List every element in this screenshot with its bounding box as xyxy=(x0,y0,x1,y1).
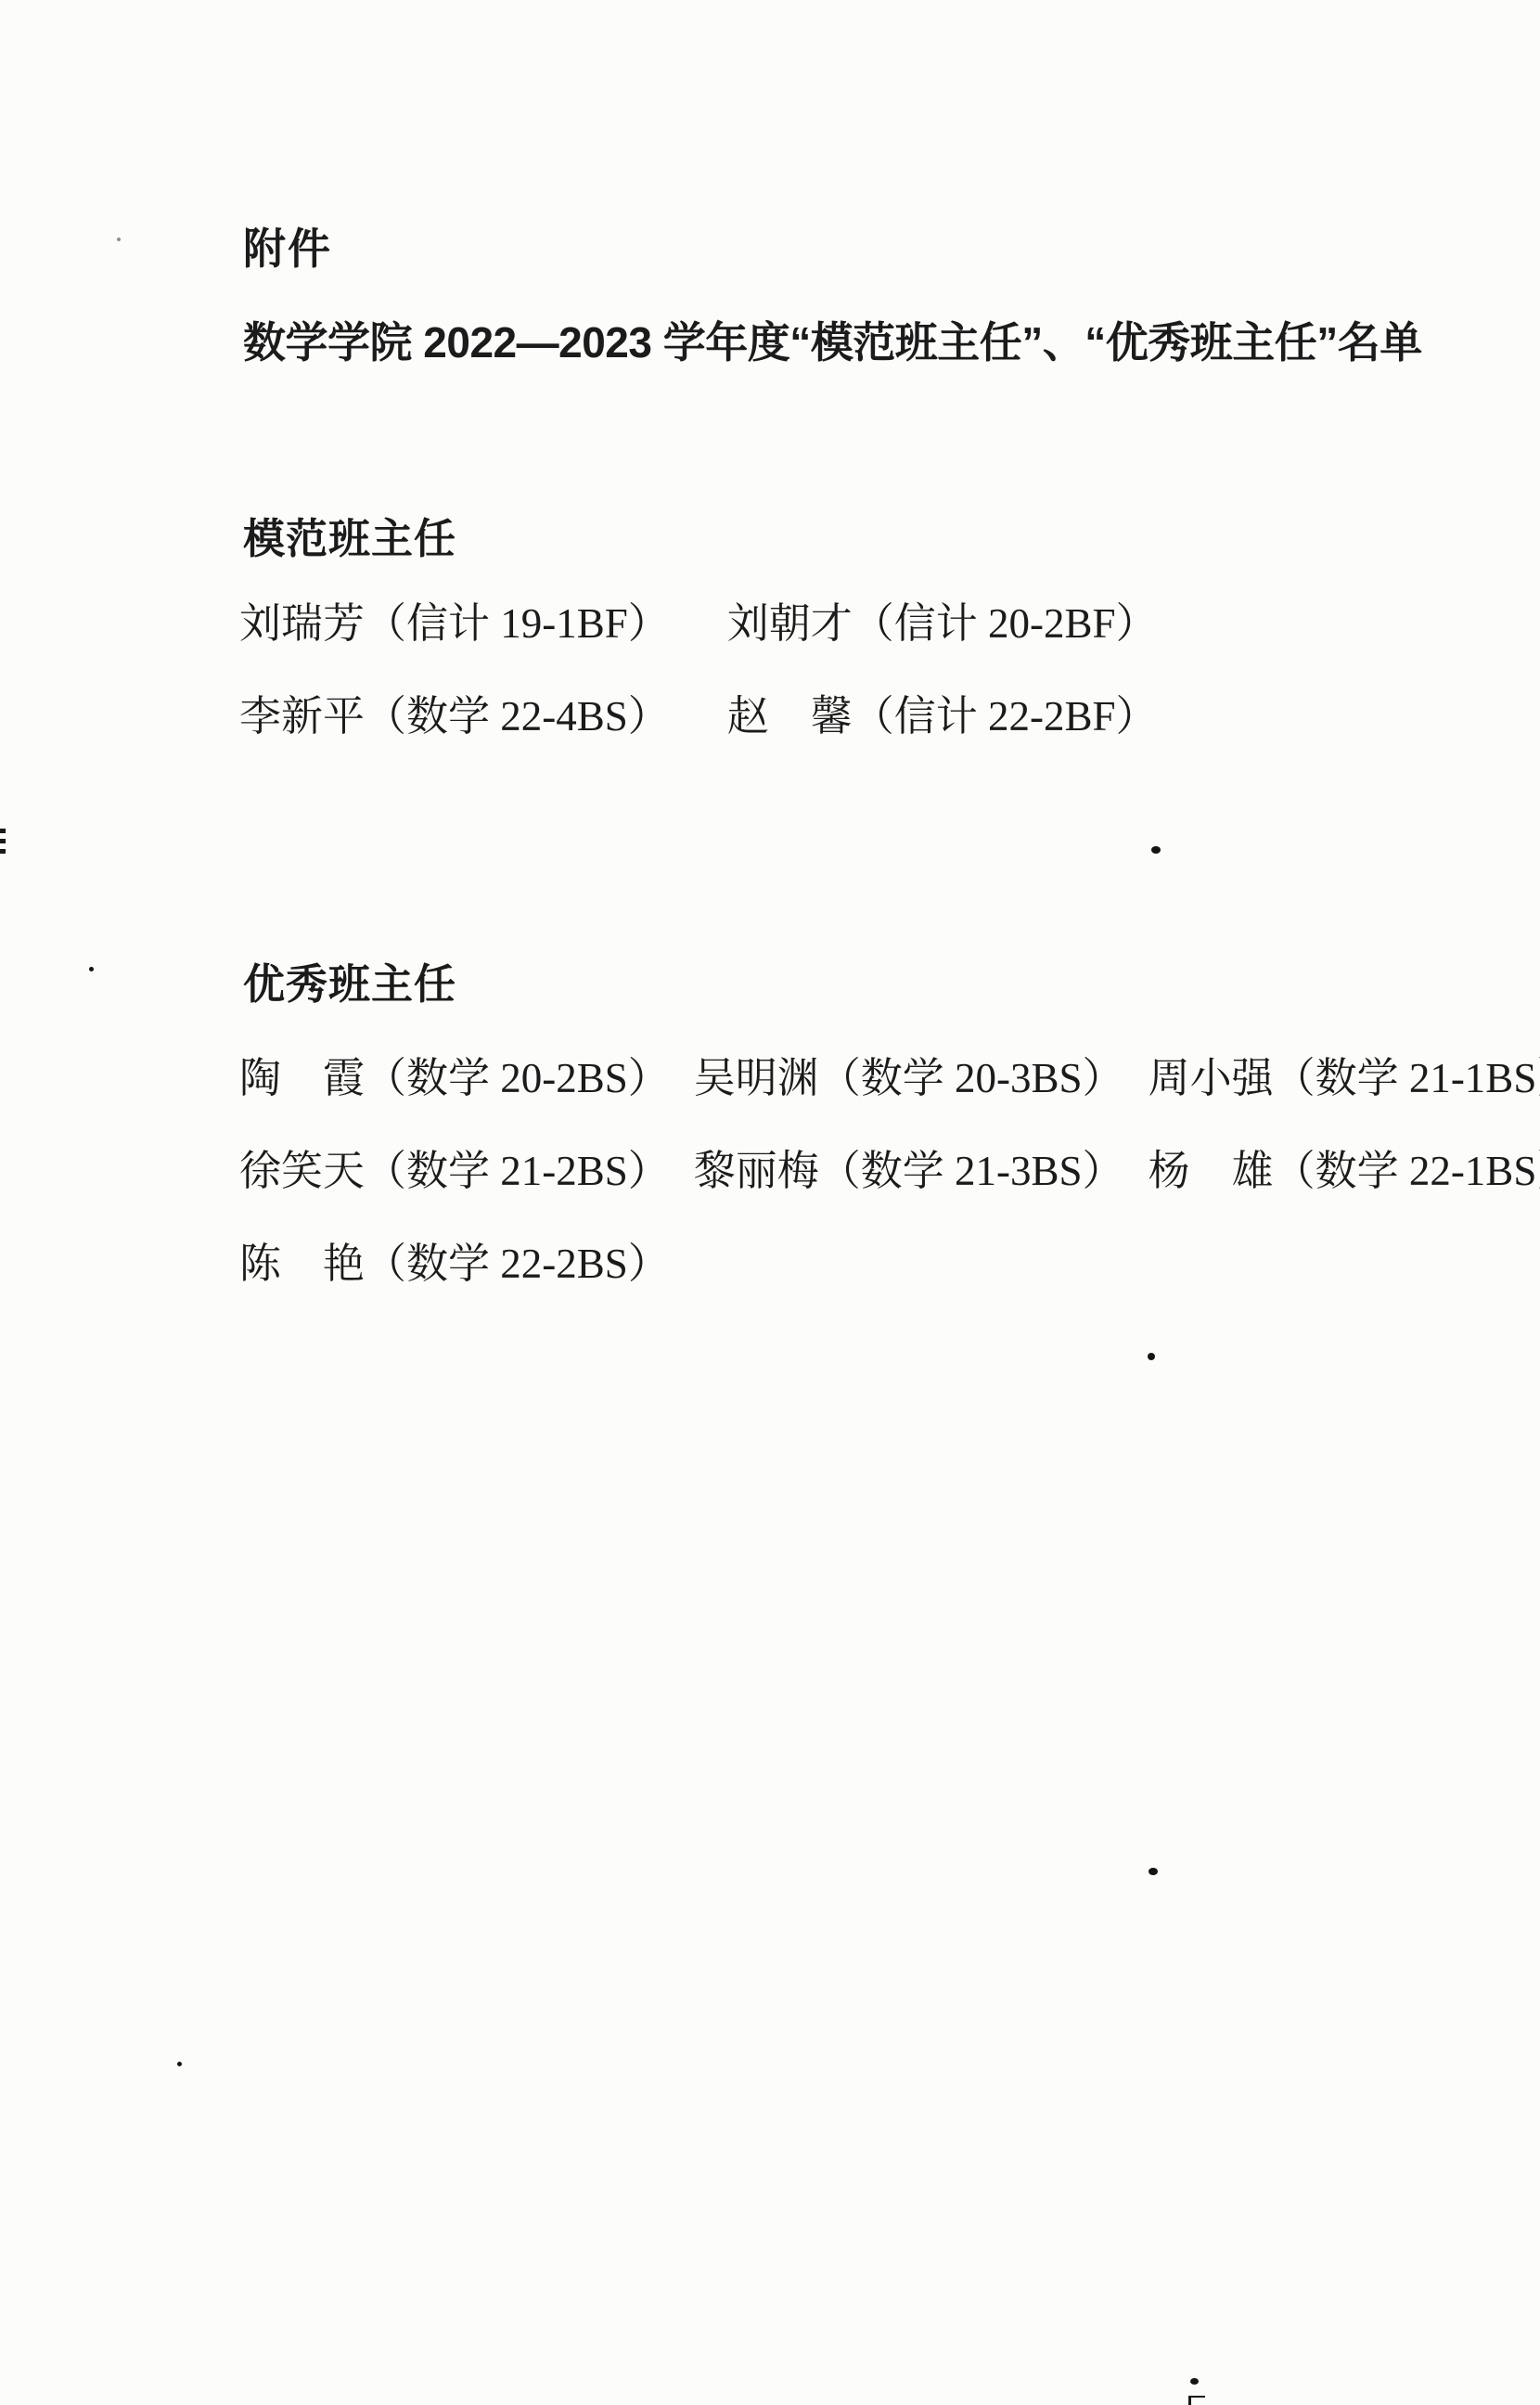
scan-speck xyxy=(89,967,94,971)
teacher-entry: 黎丽梅（数学 21-3BS） xyxy=(694,1149,1124,1195)
teacher-row: 刘瑞芳（信计 19-1BF） 刘朝才（信计 20-2BF） xyxy=(239,601,1158,648)
scan-corner-mark xyxy=(1188,2396,1205,2405)
teacher-entry: 徐笑天（数学 21-2BS） xyxy=(239,1149,670,1195)
teacher-row: 徐笑天（数学 21-2BS） 黎丽梅（数学 21-3BS） 杨 雄（数学 22-… xyxy=(239,1149,1540,1195)
teacher-entry: 陈 艳（数学 22-2BS） xyxy=(239,1241,670,1288)
scan-speck xyxy=(1190,2378,1199,2385)
teacher-entry: 杨 雄（数学 22-1BS） xyxy=(1149,1149,1540,1195)
teacher-entry: 刘朝才（信计 20-2BF） xyxy=(727,601,1158,648)
section-heading-excellent: 优秀班主任 xyxy=(243,961,456,1008)
scanned-document-page: 附件 数学学院 2022—2023 学年度“模范班主任”、“优秀班主任”名单 模… xyxy=(0,0,1540,2405)
scan-edge-mark xyxy=(0,839,6,843)
scan-speck xyxy=(1151,846,1161,854)
teacher-entry: 周小强（数学 21-1BS） xyxy=(1149,1056,1540,1102)
teacher-entry: 吴明渊（数学 20-3BS） xyxy=(694,1056,1124,1102)
scan-edge-mark xyxy=(0,849,6,854)
teacher-entry: 李新平（数学 22-4BS） xyxy=(239,694,670,740)
teacher-row: 李新平（数学 22-4BS） 赵 馨（信计 22-2BF） xyxy=(239,694,1158,740)
scan-speck xyxy=(1148,1353,1155,1360)
teacher-entry: 刘瑞芳（信计 19-1BF） xyxy=(239,601,670,648)
teacher-row: 陶 霞（数学 20-2BS） 吴明渊（数学 20-3BS） 周小强（数学 21-… xyxy=(239,1056,1540,1102)
document-title: 数学学院 2022—2023 学年度“模范班主任”、“优秀班主任”名单 xyxy=(243,318,1422,367)
scan-speck xyxy=(117,238,121,241)
teacher-row: 陈 艳（数学 22-2BS） xyxy=(239,1241,670,1288)
teacher-entry: 赵 馨（信计 22-2BF） xyxy=(727,694,1158,740)
scan-speck xyxy=(1149,1868,1158,1875)
teacher-entry: 陶 霞（数学 20-2BS） xyxy=(239,1056,670,1102)
attachment-label: 附件 xyxy=(243,225,332,273)
section-heading-model: 模范班主任 xyxy=(243,516,456,562)
scan-speck xyxy=(177,2062,182,2066)
scan-edge-mark xyxy=(0,829,6,833)
